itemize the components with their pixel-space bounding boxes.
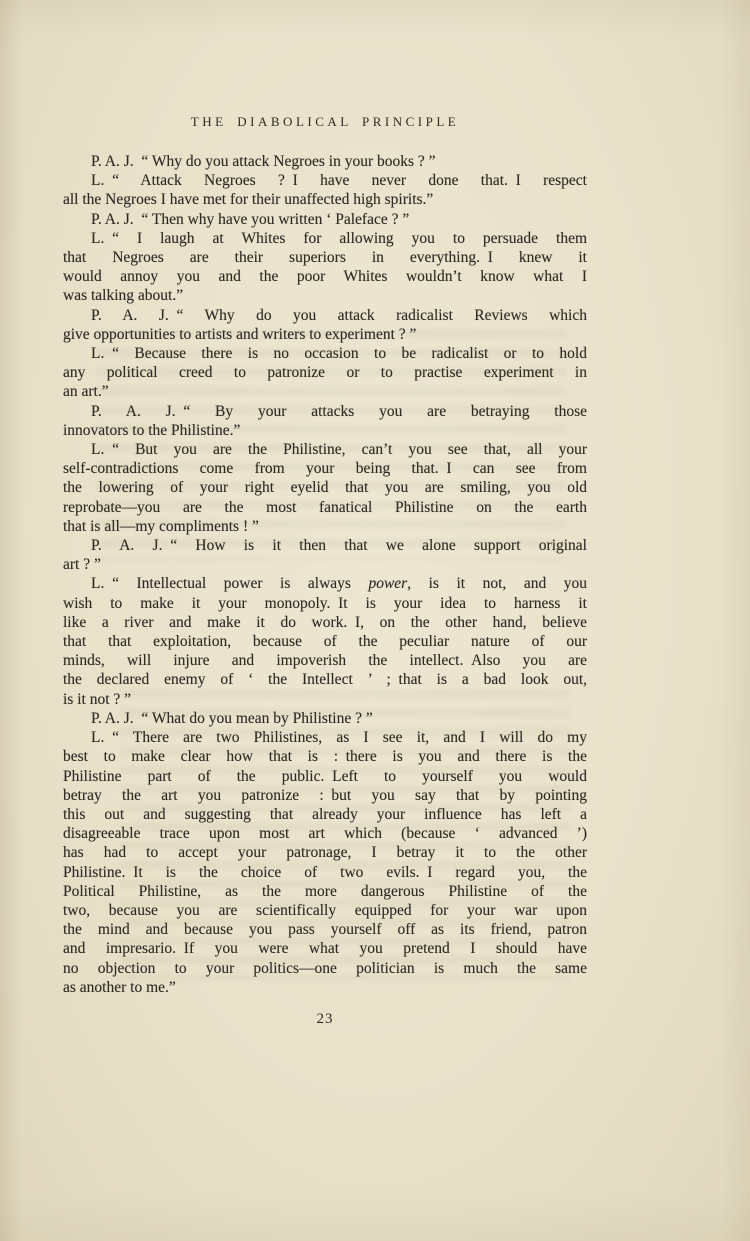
text-line: P. A. J. “ By your attacks you are betra… (63, 402, 587, 421)
dialogue-paragraph-l: L. “ Attack Negroes ? I have never done … (63, 171, 587, 209)
text-line: L. “ There are two Philistines, as I see… (63, 728, 587, 747)
text-line: Political Philistine, as the more danger… (63, 882, 587, 901)
text-line: and impresario. If you were what you pre… (63, 939, 587, 958)
text-line: no objection to your politics—one politi… (63, 959, 587, 978)
text-line: minds, will injure and impoverish the in… (63, 651, 587, 670)
text-line: the lowering of your right eyelid that y… (63, 478, 587, 497)
text-line: all the Negroes I have met for their una… (63, 190, 587, 209)
text-line: P. A. J. “ How is it then that we alone … (63, 536, 587, 555)
text-line: self-contradictions come from your being… (63, 459, 587, 478)
text-line: would annoy you and the poor Whites woul… (63, 267, 587, 286)
text-line: an art.” (63, 382, 587, 401)
text-line: L. “ But you are the Philistine, can’t y… (63, 440, 587, 459)
dialogue-paragraph-paj: P. A. J. “ Why do you attack Negroes in … (63, 152, 587, 171)
dialogue-paragraph-paj: P. A. J. “ Then why have you written ‘ P… (63, 210, 587, 229)
text-line: two, because you are scientifically equi… (63, 901, 587, 920)
text-line: any political creed to patronize or to p… (63, 363, 587, 382)
text-line: P. A. J. “ Why do you attack radicalist … (63, 306, 587, 325)
text-line: wish to make it your monopoly. It is you… (63, 594, 587, 613)
text-line: was talking about.” (63, 286, 587, 305)
text-line: that is all—my compliments ! ” (63, 517, 587, 536)
text-line: Philistine. It is the choice of two evil… (63, 863, 587, 882)
text-line: is it not ? ” (63, 690, 587, 709)
dialogue-paragraph-paj: P. A. J. “ What do you mean by Philistin… (63, 709, 587, 728)
text-line: betray the art you patronize : but you s… (63, 786, 587, 805)
running-header: THE DIABOLICAL PRINCIPLE (63, 114, 587, 130)
text-line: like a river and make it do work. I, on … (63, 613, 587, 632)
dialogue-paragraph-paj: P. A. J. “ How is it then that we alone … (63, 536, 587, 574)
text-line: give opportunities to artists and writer… (63, 325, 587, 344)
page-content: THE DIABOLICAL PRINCIPLE P. A. J. “ Why … (63, 114, 587, 1028)
book-page-scan: THE DIABOLICAL PRINCIPLE P. A. J. “ Why … (0, 0, 750, 1241)
dialogue-paragraph-l: L. “ Because there is no occasion to be … (63, 344, 587, 402)
dialogue-paragraph-paj: P. A. J. “ By your attacks you are betra… (63, 402, 587, 440)
dialogue-paragraph-l: L. “ But you are the Philistine, can’t y… (63, 440, 587, 536)
dialogue-paragraph-l: L. “ I laugh at Whites for allowing you … (63, 229, 587, 306)
text-line: art ? ” (63, 555, 587, 574)
text-line: L. “ Because there is no occasion to be … (63, 344, 587, 363)
text-line: P. A. J. “ Then why have you written ‘ P… (63, 210, 587, 229)
dialogue-paragraph-l: L. “ Intellectual power is always power,… (63, 574, 587, 708)
text-line: L. “ I laugh at Whites for allowing you … (63, 229, 587, 248)
text-line: that that exploitation, because of the p… (63, 632, 587, 651)
text-line: L. “ Attack Negroes ? I have never done … (63, 171, 587, 190)
dialogue-paragraph-l: L. “ There are two Philistines, as I see… (63, 728, 587, 997)
text-line: Philistine part of the public. Left to y… (63, 767, 587, 786)
text-line: has had to accept your patronage, I betr… (63, 843, 587, 862)
text-line: the mind and because you pass yourself o… (63, 920, 587, 939)
page-number: 23 (63, 1011, 587, 1028)
page-body: P. A. J. “ Why do you attack Negroes in … (63, 152, 587, 997)
text-line: reprobate—you are the most fanatical Phi… (63, 498, 587, 517)
text-line: L. “ Intellectual power is always power,… (63, 574, 587, 593)
text-line: the declared enemy of ‘ the Intellect ’ … (63, 670, 587, 689)
text-line: P. A. J. “ Why do you attack Negroes in … (63, 152, 587, 171)
text-line: as another to me.” (63, 978, 587, 997)
text-line: best to make clear how that is : there i… (63, 747, 587, 766)
text-line: P. A. J. “ What do you mean by Philistin… (63, 709, 587, 728)
text-line: disagreeable trace upon most art which (… (63, 824, 587, 843)
dialogue-paragraph-paj: P. A. J. “ Why do you attack radicalist … (63, 306, 587, 344)
text-line: this out and suggesting that already you… (63, 805, 587, 824)
text-line: that Negroes are their superiors in ever… (63, 248, 587, 267)
text-line: innovators to the Philistine.” (63, 421, 587, 440)
